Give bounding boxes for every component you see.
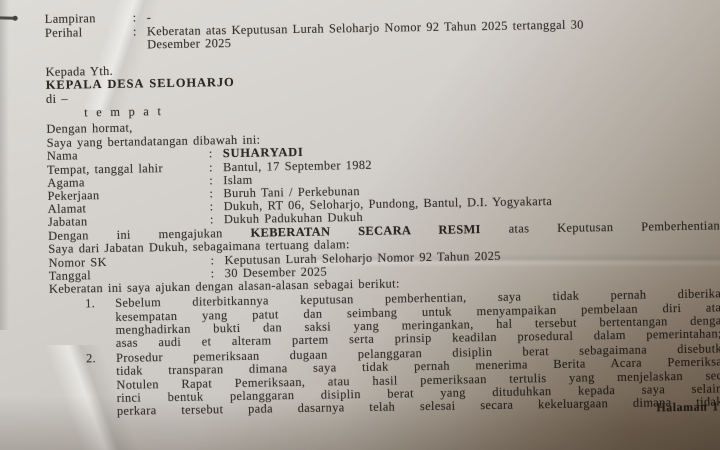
perihal-label: Perihal <box>45 25 133 40</box>
page-number: Halaman 1 d <box>656 400 720 415</box>
recipient-block: Kepada Yth. KEPALA DESA SELOHARJO di – t… <box>45 55 718 120</box>
reason-number: 2. <box>50 352 117 419</box>
reason-item-2: 2. Prosedur pemeriksaan dugaan pelanggar… <box>50 343 720 420</box>
reason-text: Prosedur pemeriksaan dugaan pelanggaran … <box>116 343 720 419</box>
reason-item-1: 1. Sebelum diterbitkannya keputusan pemb… <box>49 288 720 351</box>
colon: : <box>210 254 224 267</box>
colon: : <box>209 174 223 187</box>
colon: : <box>209 161 223 174</box>
letter-page: Lampiran : - Perihal : Keberatan atas Ke… <box>0 0 720 450</box>
lampiran-label: Lampiran <box>45 12 133 27</box>
letter-meta: Lampiran : - Perihal : Keberatan atas Ke… <box>45 2 718 53</box>
identity-fields: Nama : SUHARYADI Tempat, tanggal lahir :… <box>47 140 720 230</box>
colon: : <box>133 11 147 25</box>
reason-number: 1. <box>49 297 116 351</box>
statement-emphasis: KEBERATAN SECARA RESMI <box>250 222 480 240</box>
colon: : <box>209 147 223 160</box>
colon: : <box>133 25 147 39</box>
pen-mark <box>0 16 17 19</box>
document-photo: Lampiran : - Perihal : Keberatan atas Ke… <box>0 0 720 450</box>
reason-text: Sebelum diterbitkannya keputusan pemberh… <box>115 288 720 350</box>
